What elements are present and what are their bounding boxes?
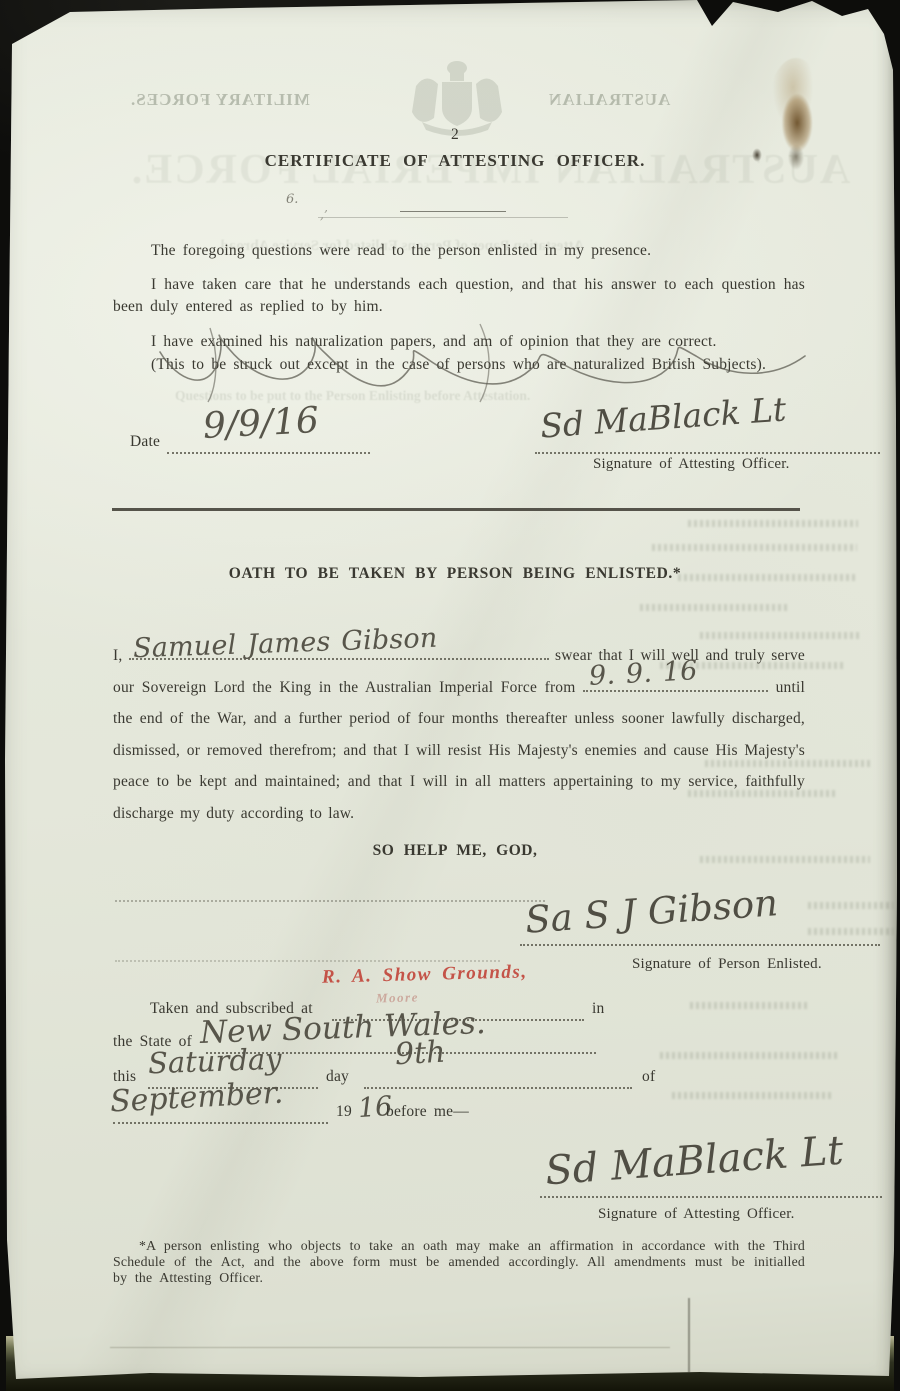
oath-body3: until the end of the War, and a further …: [113, 679, 805, 822]
attesting-signature-1: Sd MaBlack Lt: [539, 389, 787, 445]
day-number-handwriting: 9th: [394, 1035, 446, 1073]
day-number-dotted-line: [364, 1087, 632, 1089]
paragraph-struck-out: (This to be struck out except in the cas…: [113, 354, 805, 376]
month-dotted-line: [113, 1122, 328, 1124]
before-me-label: before me—: [386, 1103, 469, 1121]
ghost-line: [808, 928, 893, 935]
ghost-line: [672, 1092, 832, 1099]
footnote: *A person enlisting who objects to take …: [113, 1238, 805, 1285]
oath-date-blank: 9. 9. 16: [583, 676, 768, 692]
enlisted-signature-dotted-line: [520, 944, 880, 946]
oath-paragraph: I, Samuel James Gibson swear that I will…: [113, 640, 805, 829]
of-label: of: [642, 1068, 655, 1086]
faint-dotted-line: [115, 960, 500, 962]
page-title: CERTIFICATE OF ATTESTING OFFICER.: [105, 151, 805, 171]
ghost-line: [690, 1002, 810, 1009]
attesting-signature-2: Sd MaBlack Lt: [544, 1128, 845, 1195]
paragraph-understands: I have taken care that he understands ea…: [113, 274, 805, 317]
red-location-stamp: R. A. Show Grounds,: [322, 961, 528, 988]
so-help-me-god: SO HELP ME, GOD,: [105, 842, 805, 860]
ghost-line: [652, 544, 857, 551]
date-dotted-line: [167, 452, 370, 454]
title-divider-ghost: [318, 217, 568, 218]
oath-name-blank: Samuel James Gibson: [129, 644, 549, 660]
taken-line-in: in: [592, 1000, 604, 1018]
red-location-stamp-subtext: Moore: [376, 989, 419, 1006]
ghost-text-australian: AUSTRALIAN: [548, 90, 670, 110]
date-value-handwriting: 9/9/16: [202, 400, 320, 447]
section-rule: [112, 508, 800, 511]
paper-crack-vertical: [688, 1298, 690, 1378]
ghost-line: [808, 902, 893, 909]
day-value-handwriting: Saturday: [147, 1042, 282, 1081]
signature-caption-enlisted: Signature of Person Enlisted.: [632, 956, 822, 973]
year-printed: 19: [336, 1103, 352, 1121]
attesting-signature-2-dotted-line: [540, 1196, 882, 1198]
signature-caption-attesting-1: Signature of Attesting Officer.: [593, 456, 790, 473]
faint-dotted-line: [115, 900, 545, 902]
oath-lead: I,: [113, 647, 122, 664]
title-divider-short: [400, 211, 506, 212]
oath-name-handwriting: Samuel James Gibson: [132, 623, 437, 665]
attesting-signature-1-dotted-line: [535, 452, 880, 454]
ghost-text-questions: Questions to be put to the Person Enlist…: [175, 388, 645, 404]
oath-heading: OATH TO BE TAKEN BY PERSON BEING ENLISTE…: [105, 565, 805, 583]
scanned-document-scene: MILITARY FORCES. AUSTRALIAN AUSTRALIAN I…: [0, 0, 900, 1391]
oath-date-handwriting: 9. 9. 16: [588, 655, 698, 692]
ghost-text-military-forces: MILITARY FORCES.: [130, 90, 310, 110]
paragraph-naturalization: I have examined his naturalization paper…: [113, 331, 805, 353]
enlisted-signature-handwriting: Sa S J Gibson: [524, 881, 779, 942]
paragraph-foregoing: The foregoing questions were read to the…: [113, 240, 805, 262]
paper-stain: [766, 58, 826, 176]
stray-ink-mark: 6.: [286, 192, 298, 207]
paper-stain-dot: [752, 148, 762, 162]
day-label: day: [326, 1068, 349, 1086]
attestation-form-page: MILITARY FORCES. AUSTRALIAN AUSTRALIAN I…: [0, 0, 900, 1391]
ghost-line: [660, 1052, 840, 1059]
page-number: 2: [430, 126, 480, 144]
stray-ink-mark: ,’: [320, 208, 328, 222]
date-label: Date: [130, 433, 160, 451]
ghost-line: [700, 632, 860, 639]
paper-crease-horizontal: [110, 1347, 670, 1348]
ghost-line: [688, 520, 858, 527]
signature-caption-attesting-2: Signature of Attesting Officer.: [598, 1206, 795, 1223]
ghost-line: [640, 604, 790, 611]
